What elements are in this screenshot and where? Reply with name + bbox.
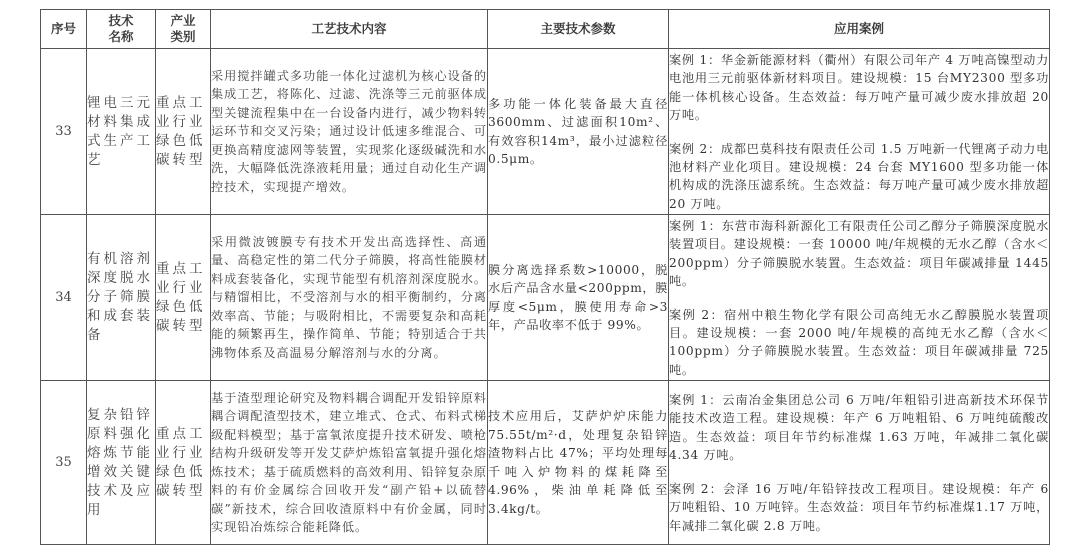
header-tech-name: 技术 名称	[87, 10, 156, 49]
cell-category: 重点工业行业绿色低碳转型	[156, 381, 211, 545]
case-1: 案例 1：云南冶金集团总公司 6 万吨/年粗铅引进高新技术环保节能技术改造工程。…	[669, 391, 1049, 464]
case-2: 案例 2：宿州中粮生物化学有限公司高纯无水乙醇膜脱水装置项目。建设规模：一套 2…	[669, 306, 1049, 379]
cell-process-content: 采用微波镀膜专有技术开发出高选择性、高通量、高稳定性的第二代分子筛膜，将高性能膜…	[211, 215, 488, 381]
cell-tech-name: 有机溶剂深度脱水分子筛膜和成套装备	[87, 215, 156, 381]
table-row: 35 复杂铅锌原料强化熔炼节能增效关键技术及应用 重点工业行业绿色低碳转型 基于…	[41, 381, 1050, 545]
cell-process-content: 基于渣型理论研究及物料耦合调配开发铅锌原料耦合调配渣型技术，建立堆式、仓式、布料…	[211, 381, 488, 545]
header-main-params: 主要技术参数	[488, 10, 669, 49]
cell-application-cases: 案例 1：东营市海科新源化工有限责任公司乙醇分子筛膜深度脱水装置项目。建设规模：…	[669, 215, 1050, 381]
technology-catalog-table: 序号 技术 名称 产业 类别 工艺技术内容 主要技术参数 应用案例 33 锂电三…	[40, 9, 1050, 545]
cell-process-content: 采用搅拌罐式多功能一体化过滤机为核心设备的集成工艺，将陈化、过滤、洗涤等三元前驱…	[211, 49, 488, 215]
cell-tech-name: 锂电三元材料集成式生产工艺	[87, 49, 156, 215]
header-tech-name-line1: 技术	[87, 13, 155, 29]
header-seq: 序号	[41, 10, 87, 49]
cell-seq: 35	[41, 381, 87, 545]
header-category-line1: 产业	[156, 13, 210, 29]
cell-application-cases: 案例 1：华金新能源材料（衢州）有限公司年产 4 万吨高镍型动力电池用三元前驱体…	[669, 49, 1050, 215]
header-process-content: 工艺技术内容	[211, 10, 488, 49]
cell-category: 重点工业行业绿色低碳转型	[156, 215, 211, 381]
cell-tech-name: 复杂铅锌原料强化熔炼节能增效关键技术及应用	[87, 381, 156, 545]
case-2: 案例 2：会泽 16 万吨/年铅锌技改工程项目。建设规模：年产 6 万吨粗铅、1…	[669, 480, 1049, 535]
cell-main-params: 技术应用后，艾萨炉炉床能力75.55t/m²·d，处理复杂铅锌渣物料占比 47%…	[488, 381, 669, 545]
header-industry-category: 产业 类别	[156, 10, 211, 49]
cell-main-params: 多功能一体化装备最大直径3600mm、过滤面积10m²、有效容积14m³，最小过…	[488, 49, 669, 215]
table-row: 34 有机溶剂深度脱水分子筛膜和成套装备 重点工业行业绿色低碳转型 采用微波镀膜…	[41, 215, 1050, 381]
header-application-cases: 应用案例	[669, 10, 1050, 49]
cell-application-cases: 案例 1：云南冶金集团总公司 6 万吨/年粗铅引进高新技术环保节能技术改造工程。…	[669, 381, 1050, 545]
cell-category: 重点工业行业绿色低碳转型	[156, 49, 211, 215]
case-2: 案例 2：成都巴莫科技有限责任公司 1.5 万吨新一代锂离子动力电池材料产业化项…	[669, 140, 1049, 213]
header-category-line2: 类别	[156, 29, 210, 45]
table-header-row: 序号 技术 名称 产业 类别 工艺技术内容 主要技术参数 应用案例	[41, 10, 1050, 49]
header-tech-name-line2: 名称	[87, 29, 155, 45]
cell-main-params: 膜分离选择系数>10000，脱水后产品含水量<200ppm，膜厚度<5μm，膜使…	[488, 215, 669, 381]
table-row: 33 锂电三元材料集成式生产工艺 重点工业行业绿色低碳转型 采用搅拌罐式多功能一…	[41, 49, 1050, 215]
cell-seq: 34	[41, 215, 87, 381]
cell-seq: 33	[41, 49, 87, 215]
case-1: 案例 1：华金新能源材料（衢州）有限公司年产 4 万吨高镍型动力电池用三元前驱体…	[669, 51, 1049, 124]
case-1: 案例 1：东营市海科新源化工有限责任公司乙醇分子筛膜深度脱水装置项目。建设规模：…	[669, 217, 1049, 290]
